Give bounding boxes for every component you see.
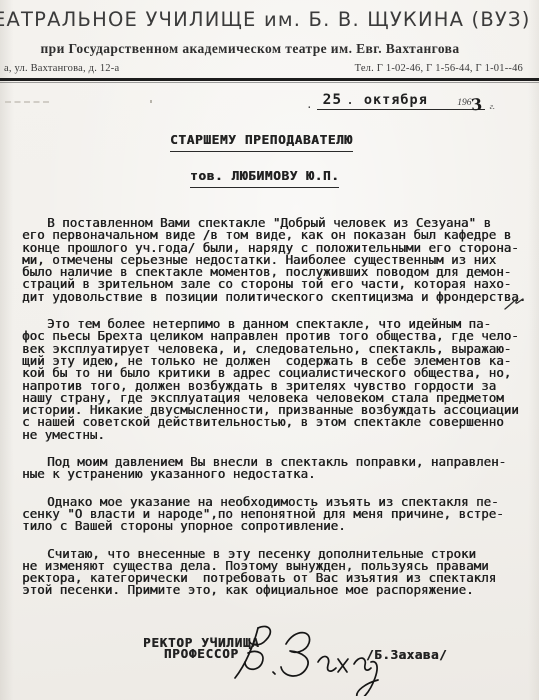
date-month: октября (364, 92, 428, 108)
recipient-title: СТАРШЕМУ ПРЕПОДАВАТЕЛЮ (170, 133, 353, 152)
signature-handwriting (228, 620, 380, 696)
year-suffix: г. (490, 102, 495, 110)
scan-speck (150, 100, 152, 103)
letterhead-divider (0, 78, 539, 81)
paragraph: Однако мое указание на необходимость изъ… (22, 496, 536, 533)
paragraph: Это тем более нетерпимо в данном спектак… (22, 318, 536, 441)
paragraph: В поставленном Вами спектакле "Добрый че… (22, 217, 536, 303)
org-phones: Тел. Г 1-02-46, Г 1-56-44, Г 1-01--46 (355, 63, 523, 74)
date-underline: 25 . октября 196 3 (317, 92, 485, 110)
year-printed: 196 (457, 99, 471, 108)
letter-body: В поставленном Вами спектакле "Добрый че… (22, 217, 536, 612)
paragraph: Под моим давлением Вы внесли в спектакль… (22, 456, 536, 481)
recipient-name: тов. ЛЮБИМОВУ Ю.П. (190, 169, 339, 188)
pen-mark-icon (503, 296, 525, 312)
scanned-letter-page: ЕАТРАЛЬНОЕ УЧИЛИЩЕ им. Б. В. ЩУКИНА (ВУЗ… (0, 0, 539, 700)
contact-row: а, ул. Вахтангова, д. 12-а Тел. Г 1-02-4… (4, 63, 523, 74)
pencil-smudge (5, 101, 49, 103)
org-subtitle: при Государственном академическом театре… (30, 41, 470, 57)
date-line: . 25 . октября 196 3 г. (306, 86, 528, 110)
org-name: ЕАТРАЛЬНОЕ УЧИЛИЩЕ им. Б. В. ЩУКИНА (ВУЗ… (0, 8, 531, 31)
paragraph: Считаю, что внесенные в эту песенку допо… (22, 548, 536, 597)
date-leading-dot: . (306, 100, 313, 110)
org-address: а, ул. Вахтангова, д. 12-а (4, 63, 119, 74)
year-handwritten: 3 (471, 99, 483, 112)
signature-typed-name: /Б.Захава/ (366, 648, 447, 663)
date-day: 25 (323, 92, 342, 108)
date-day-dot: . (346, 93, 354, 108)
